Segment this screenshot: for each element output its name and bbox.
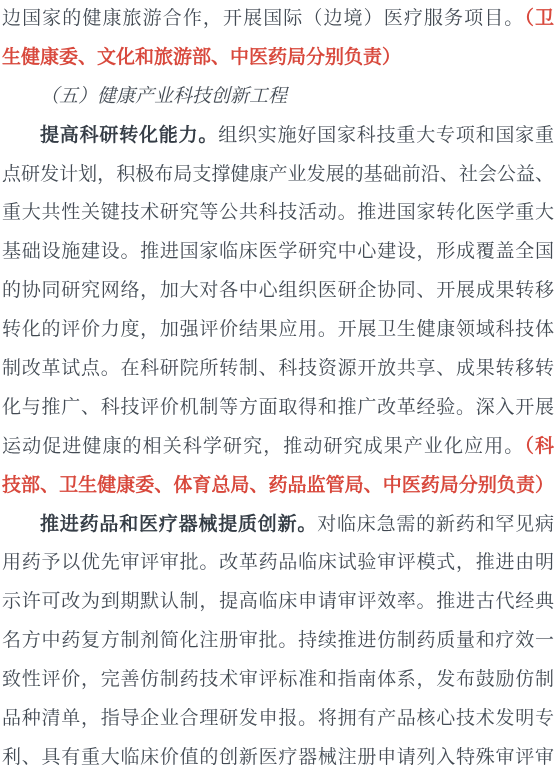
text-line: 基础设施建设。推进国家临床医学研究中心建设，形成覆盖全国 — [2, 233, 554, 272]
text-line: （五）健康产业科技创新工程 — [2, 78, 554, 117]
text-segment-body: 运动促进健康的相关科学研究，推动研究成果产业化应用。 — [2, 436, 524, 457]
text-segment-bold: 提高科研转化能力。 — [40, 125, 218, 146]
text-segment-body: 品种清单，指导企业合理研发申报。将拥有产品核心技术发明专 — [2, 708, 554, 729]
text-line: 技部、卫生健康委、体育总局、药品监管局、中医药局分别负责） — [2, 467, 554, 506]
text-line: 运动促进健康的相关科学研究，推动研究成果产业化应用。（科 — [2, 428, 554, 467]
text-line: 的协同研究网络，加大对各中心组织医研企协同、开展成果转移 — [2, 272, 554, 311]
text-segment-body: 用药予以优先审评审批。改革药品临床试验审评模式，推进由明 — [2, 552, 554, 573]
text-line: 示许可改为到期默认制，提高临床申请审评效率。推进古代经典 — [2, 583, 554, 622]
text-segment-body: 对临床急需的新药和罕见病 — [317, 514, 554, 535]
text-line: 边国家的健康旅游合作，开展国际（边境）医疗服务项目。（卫 — [2, 0, 554, 39]
text-segment-body: 的协同研究网络，加大对各中心组织医研企协同、开展成果转移 — [2, 280, 554, 301]
text-segment-body: 名方中药复方制剂简化注册审批。持续推进仿制药质量和疗效一 — [2, 630, 554, 651]
text-segment-red: （科 — [524, 436, 554, 457]
text-segment-red: 生健康委、文化和旅游部、中医药局分别负责） — [2, 47, 401, 68]
text-segment-body: 制改革试点。在科研院所转制、科技资源开放共享、成果转移转 — [2, 358, 554, 379]
text-line: 致性评价，完善仿制药技术审评标准和指南体系，发布鼓励仿制 — [2, 661, 554, 700]
text-line: 转化的评价力度，加强评价结果应用。开展卫生健康领域科技体 — [2, 311, 554, 350]
text-segment-body: 点研发计划，积极布局支撑健康产业发展的基础前沿、社会公益、 — [2, 164, 554, 185]
text-segment-body: 基础设施建设。推进国家临床医学研究中心建设，形成覆盖全国 — [2, 241, 554, 262]
text-line: 生健康委、文化和旅游部、中医药局分别负责） — [2, 39, 554, 78]
text-segment-red: 技部、卫生健康委、体育总局、药品监管局、中医药局分别负责） — [2, 475, 554, 496]
text-line: 化与推广、科技评价机制等方面取得和推广改革经验。深入开展 — [2, 389, 554, 428]
text-segment-body: 示许可改为到期默认制，提高临床申请审评效率。推进古代经典 — [2, 591, 554, 612]
text-segment-body: 重大共性关键技术研究等公共科技活动。推进国家转化医学重大 — [2, 202, 554, 223]
text-segment-body: 化与推广、科技评价机制等方面取得和推广改革经验。深入开展 — [2, 397, 554, 418]
document-page: 边国家的健康旅游合作，开展国际（边境）医疗服务项目。（卫生健康委、文化和旅游部、… — [0, 0, 556, 778]
text-segment-heading: （五）健康产业科技创新工程 — [40, 86, 287, 107]
text-line: 制改革试点。在科研院所转制、科技资源开放共享、成果转移转 — [2, 350, 554, 389]
text-segment-body: 组织实施好国家科技重大专项和国家重 — [218, 125, 554, 146]
text-line: 利、具有重大临床价值的创新医疗器械注册申请列入特殊审评审 — [2, 739, 554, 778]
text-line: 提高科研转化能力。组织实施好国家科技重大专项和国家重 — [2, 117, 554, 156]
text-line: 品种清单，指导企业合理研发申报。将拥有产品核心技术发明专 — [2, 700, 554, 739]
text-segment-red: （卫 — [524, 8, 554, 29]
text-segment-body: 边国家的健康旅游合作，开展国际（边境）医疗服务项目。 — [2, 8, 524, 29]
text-line: 用药予以优先审评审批。改革药品临床试验审评模式，推进由明 — [2, 544, 554, 583]
text-line: 点研发计划，积极布局支撑健康产业发展的基础前沿、社会公益、 — [2, 156, 554, 195]
text-line: 推进药品和医疗器械提质创新。对临床急需的新药和罕见病 — [2, 506, 554, 545]
text-segment-body: 转化的评价力度，加强评价结果应用。开展卫生健康领域科技体 — [2, 319, 554, 340]
text-line: 名方中药复方制剂简化注册审批。持续推进仿制药质量和疗效一 — [2, 622, 554, 661]
text-segment-body: 致性评价，完善仿制药技术审评标准和指南体系，发布鼓励仿制 — [2, 669, 554, 690]
text-segment-body: 利、具有重大临床价值的创新医疗器械注册申请列入特殊审评审 — [2, 747, 554, 768]
document-body: 边国家的健康旅游合作，开展国际（边境）医疗服务项目。（卫生健康委、文化和旅游部、… — [0, 0, 556, 778]
text-line: 重大共性关键技术研究等公共科技活动。推进国家转化医学重大 — [2, 194, 554, 233]
text-segment-bold: 推进药品和医疗器械提质创新。 — [40, 514, 317, 535]
